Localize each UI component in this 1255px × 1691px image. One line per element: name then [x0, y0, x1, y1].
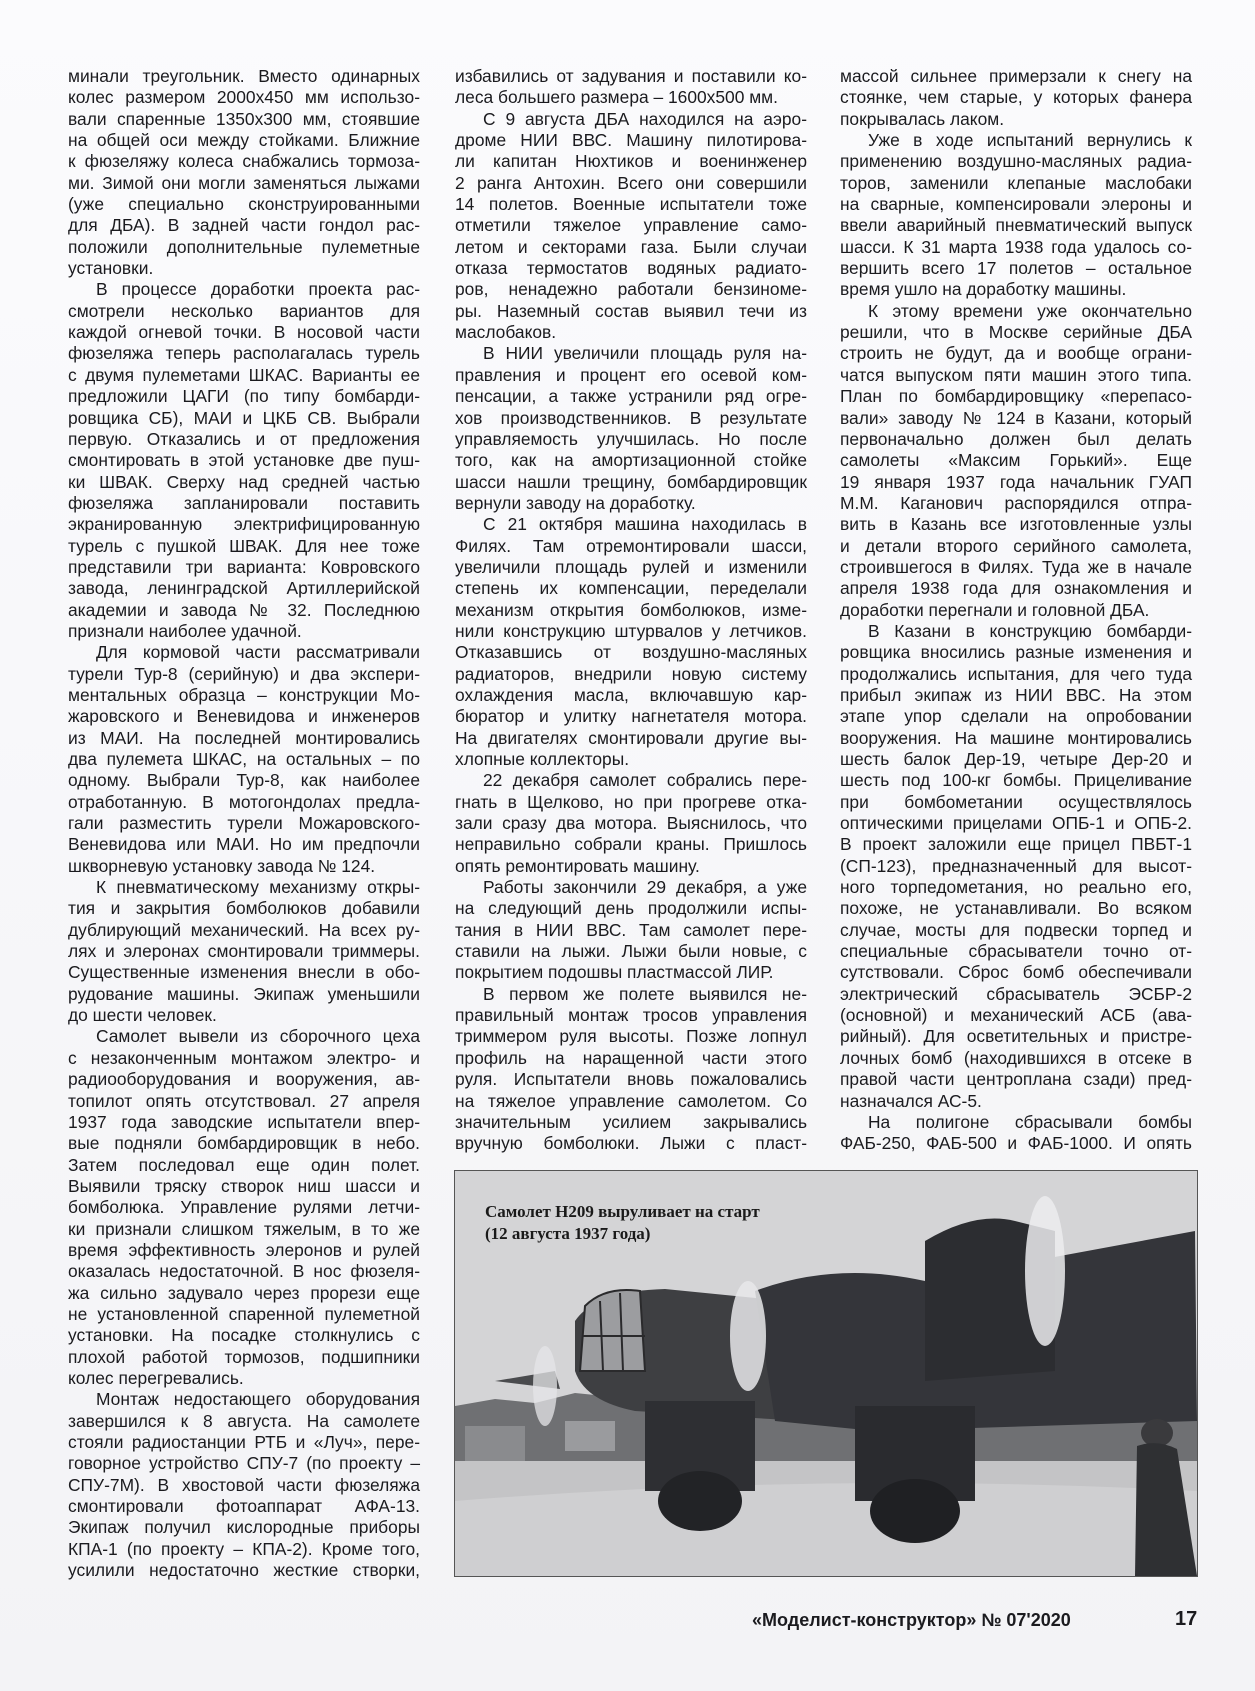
text-line: Веневидова или МАИ. Но им предпочли	[68, 834, 420, 855]
text-line: Для кормовой части рассматривали	[68, 642, 420, 663]
text-line: первоначально должен был делать	[840, 429, 1192, 450]
text-line: похоже, не устанавливали. Во всяком	[840, 898, 1192, 919]
text-line: радиооборудования и вооружения, ав-	[68, 1069, 420, 1090]
text-line: жа сильно задувало через прорези еще	[68, 1283, 420, 1304]
text-line: вручную бомболюки. Лыжи с пласт-	[455, 1133, 807, 1154]
text-line: К пневматическому механизму откры-	[68, 877, 420, 898]
text-line: лях и элеронах смонтировали триммеры.	[68, 941, 420, 962]
text-line: апреля 1938 года для ознакомления и	[840, 578, 1192, 599]
text-line: доработки перегнали и головной ДБА.	[840, 600, 1192, 621]
text-line: массой сильнее примерзали к снегу на	[840, 66, 1192, 87]
text-line: ры. Наземный состав выявил течи из	[455, 301, 807, 322]
text-line: два пулемета ШКАС, на остальных – по	[68, 749, 420, 770]
text-line: строить не будут, да и вообще ограни-	[840, 343, 1192, 364]
text-line: стоянке, чем старые, у которых фанера	[840, 87, 1192, 108]
text-line: летом и секторами газа. Были случаи	[455, 237, 807, 258]
text-line: С 9 августа ДБА находился на аэро-	[455, 109, 807, 130]
text-line: лочных бомб (находившихся в отсеке в	[840, 1048, 1192, 1069]
text-line: этапе упор сделали на опробовании	[840, 706, 1192, 727]
text-line: строившегося в Филях. Туда же в начале	[840, 557, 1192, 578]
text-line: при бомбометании осуществлялось	[840, 792, 1192, 813]
text-line: ки признали слишком тяжелым, в то же	[68, 1219, 420, 1240]
text-line: завершился к 8 августа. На самолете	[68, 1411, 420, 1432]
magazine-footer-title: «Моделист-конструктор» № 07'2020	[752, 1610, 1071, 1631]
magazine-page: минали треугольник. Вместо одинарныхколе…	[0, 0, 1255, 1691]
text-line: тания в НИИ ВВС. Там самолет пере-	[455, 920, 807, 941]
text-line: на общей оси между стойками. Ближние	[68, 130, 420, 151]
text-line: пенсации, а также устранили ряд огре-	[455, 386, 807, 407]
text-line: СПУ-7М). В хвостовой части фюзеляжа	[68, 1475, 420, 1496]
text-line: и детали второго серийного самолета,	[840, 536, 1192, 557]
text-line: дроме НИИ ВВС. Машину пилотирова-	[455, 130, 807, 151]
text-line: экранированную электрифицированную	[68, 514, 420, 535]
text-line: покрытием подошвы пластмассой ЛИР.	[455, 962, 807, 983]
text-line: степень их компенсации, переделали	[455, 578, 807, 599]
text-line: неправильно собрали краны. Пришлось	[455, 834, 807, 855]
text-line: хлопные коллекторы.	[455, 749, 807, 770]
text-line: до шести человек.	[68, 1005, 420, 1026]
text-line: 22 декабря самолет собрались пере-	[455, 770, 807, 791]
text-line: ли капитан Нюхтиков и военинженер	[455, 151, 807, 172]
text-line: ФАБ-250, ФАБ-500 и ФАБ-1000. И опять	[840, 1133, 1192, 1154]
text-line: вить в Казань все изготовленные узлы	[840, 514, 1192, 535]
text-line: ментальных образца – конструкции Мо-	[68, 685, 420, 706]
photo-caption-line-2: (12 августа 1937 года)	[485, 1223, 760, 1245]
text-line: бомболюка. Управление рулями летчи-	[68, 1197, 420, 1218]
text-line: В процессе доработки проекта рас-	[68, 279, 420, 300]
text-line: Филях. Там отремонтировали шасси,	[455, 536, 807, 557]
text-line: (СП-123), предназначенный для высот-	[840, 856, 1192, 877]
text-line: правильный монтаж тросов управления	[455, 1005, 807, 1026]
text-line: маслобаков.	[455, 322, 807, 343]
text-line: время ушло на доработку машины.	[840, 279, 1192, 300]
text-line: вали спаренные 1350х300 мм, стоявшие	[68, 109, 420, 130]
text-line: каждой огневой точки. В носовой части	[68, 322, 420, 343]
text-line: М.М. Каганович распорядился отпра-	[840, 493, 1192, 514]
text-line: колес перегревались.	[68, 1368, 420, 1389]
text-line: для ДБА). В задней части гондол рас-	[68, 215, 420, 236]
text-line: специальные сбрасыватели точно от-	[840, 941, 1192, 962]
text-line: к фюзеляжу колеса снабжались тормоза-	[68, 151, 420, 172]
text-line: вершить всего 17 полетов – остальное	[840, 258, 1192, 279]
text-line: С 21 октября машина находилась в	[455, 514, 807, 535]
text-line: Уже в ходе испытаний вернулись к	[840, 130, 1192, 151]
photo-caption: Самолет Н209 выруливает на старт (12 авг…	[485, 1201, 760, 1245]
text-line: время эффективность элеронов и рулей	[68, 1240, 420, 1261]
text-line: хов производственников. В результате	[455, 408, 807, 429]
text-line: значительным усилием закрывались	[455, 1112, 807, 1133]
text-line: К этому времени уже окончательно	[840, 301, 1192, 322]
text-line: Затем последовал еще один полет.	[68, 1155, 420, 1176]
text-line: представили три варианта: Ковровского	[68, 557, 420, 578]
text-line: на сварные, компенсировали элероны и	[840, 194, 1192, 215]
text-line: решили, что в Москве серийные ДБА	[840, 322, 1192, 343]
text-line: 1937 года заводские испытатели впер-	[68, 1112, 420, 1133]
text-line: правой части центроплана сзади) пред-	[840, 1069, 1192, 1090]
text-line: установки.	[68, 258, 420, 279]
text-line: В первом же полете выявился не-	[455, 984, 807, 1005]
text-line: турели Тур-8 (серийную) и два экспери-	[68, 664, 420, 685]
text-line: сутствовали. Сброс бомб обеспечивали	[840, 962, 1192, 983]
text-line: Существенные изменения внесли в обо-	[68, 962, 420, 983]
text-line: оказалась недостаточной. В нос фюзеля-	[68, 1261, 420, 1282]
text-line: бюратор и улитку нагнетателя мотора.	[455, 706, 807, 727]
text-line: ставили на лыжи. Лыжи были новые, с	[455, 941, 807, 962]
text-line: турель с пушкой ШВАК. Для нее тоже	[68, 536, 420, 557]
text-line: плохой работой тормозов, подшипники	[68, 1347, 420, 1368]
text-line: с двумя пулеметами ШКАС. Варианты ее	[68, 365, 420, 386]
text-line: В проект заложили еще прицел ПВБТ-1	[840, 834, 1192, 855]
page-number: 17	[1175, 1608, 1197, 1631]
text-line: Работы закончили 29 декабря, а уже	[455, 877, 807, 898]
text-line: шасси. К 31 марта 1938 года удалось со-	[840, 237, 1192, 258]
text-line: вали» заводу № 124 в Казани, который	[840, 408, 1192, 429]
text-line: чатся выпуском пяти машин этого типа.	[840, 365, 1192, 386]
text-line: вооружения. На машине монтировались	[840, 728, 1192, 749]
text-line: руля. Испытатели вновь пожаловались	[455, 1069, 807, 1090]
text-line: радиаторов, внедрили новую систему	[455, 664, 807, 685]
text-line: рудование машины. Экипаж уменьшили	[68, 984, 420, 1005]
text-line: нили конструкцию штурвалов у летчиков.	[455, 621, 807, 642]
text-line: гнать в Щелково, но при прогреве отка-	[455, 792, 807, 813]
text-line: торов, заменили клепаные маслобаки	[840, 173, 1192, 194]
text-line: одному. Выбрали Тур-8, как наиболее	[68, 770, 420, 791]
text-line: шкворневую установку завода № 124.	[68, 856, 420, 877]
text-line: Выявили тряску створок ниш шасси и	[68, 1176, 420, 1197]
text-line: 14 полетов. Военные испытатели тоже	[455, 194, 807, 215]
text-line: прибыл экипаж из НИИ ВВС. На этом	[840, 685, 1192, 706]
text-line: триммером руля высоты. Позже лопнул	[455, 1026, 807, 1047]
text-line: колес размером 2000х450 мм использо-	[68, 87, 420, 108]
text-line: самолеты «Максим Горький». Еще	[840, 450, 1192, 471]
text-line: На полигоне сбрасывали бомбы	[840, 1112, 1192, 1133]
text-line: охлаждения масла, включавшую кар-	[455, 685, 807, 706]
text-line: завода, ленинградской Артиллерийской	[68, 578, 420, 599]
text-line: положили дополнительные пулеметные	[68, 237, 420, 258]
text-line: управляемость улучшилась. Но после	[455, 429, 807, 450]
text-line: шасси нашли трещину, бомбардировщик	[455, 472, 807, 493]
text-line: (основной) и механический АСБ (ава-	[840, 1005, 1192, 1026]
text-line: покрывалась лаком.	[840, 109, 1192, 130]
text-line: оптическими прицелами ОПБ-1 и ОПБ-2.	[840, 813, 1192, 834]
text-line: стояли радиостанции РТБ и «Луч», пере-	[68, 1432, 420, 1453]
text-line: топилот опять отсутствовал. 27 апреля	[68, 1091, 420, 1112]
text-line: отработанную. В мотогондолах предла-	[68, 792, 420, 813]
text-line: усилили недостаточно жесткие створки,	[68, 1560, 420, 1581]
text-line: из МАИ. На последней монтировались	[68, 728, 420, 749]
text-line: опять ремонтировать машину.	[455, 856, 807, 877]
text-line: фюзеляжа запланировали поставить	[68, 493, 420, 514]
text-line: КПА-1 (по проекту – КПА-2). Кроме того,	[68, 1539, 420, 1560]
text-line: того, как на амортизационной стойке	[455, 450, 807, 471]
text-line: Самолет вывели из сборочного цеха	[68, 1026, 420, 1047]
text-line: назначался АС-5.	[840, 1091, 1192, 1112]
text-line: признали наиболее удачной.	[68, 621, 420, 642]
article-column-2: избавились от задувания и поставили ко-л…	[455, 66, 807, 1155]
text-line: 19 января 1937 года начальник ГУАП	[840, 472, 1192, 493]
text-line: предложили ЦАГИ (по типу бомбарди-	[68, 386, 420, 407]
text-line: тия и закрытия бомболюков добавили	[68, 898, 420, 919]
text-line: В НИИ увеличили площадь руля на-	[455, 343, 807, 364]
text-line: с незаконченным монтажом электро- и	[68, 1048, 420, 1069]
text-line: ми. Зимой они могли заменяться лыжами	[68, 173, 420, 194]
text-line: зали сразу два мотора. Выяснилось, что	[455, 813, 807, 834]
article-column-3: массой сильнее примерзали к снегу настоя…	[840, 66, 1192, 1155]
text-line: ровщика вносились разные изменения и	[840, 642, 1192, 663]
text-line: механизм открытия бомболюков, изме-	[455, 600, 807, 621]
text-line: Экипаж получил кислородные приборы	[68, 1517, 420, 1538]
text-line: шесть под 100-кг бомбы. Прицеливание	[840, 770, 1192, 791]
text-line: леса большего размера – 1600х500 мм.	[455, 87, 807, 108]
text-line: на тяжелое управление самолетом. Со	[455, 1091, 807, 1112]
text-line: дублирующий механический. На всех ру-	[68, 920, 420, 941]
text-line: На двигателях смонтировали другие вы-	[455, 728, 807, 749]
text-line: Монтаж недостающего оборудования	[68, 1389, 420, 1410]
text-line: шесть балок Дер-19, четыре Дер-20 и	[840, 749, 1192, 770]
text-line: избавились от задувания и поставили ко-	[455, 66, 807, 87]
text-line: 2 ранга Антохин. Всего они совершили	[455, 173, 807, 194]
text-line: установки. На посадке столкнулись с	[68, 1325, 420, 1346]
text-line: отметили тяжелое управление само-	[455, 215, 807, 236]
text-line: смонтировать в этой установке две пуш-	[68, 450, 420, 471]
text-line: Отказавшись от воздушно-масляных	[455, 642, 807, 663]
text-line: увеличили площадь рулей и изменили	[455, 557, 807, 578]
text-line: применению воздушно-масляных радиа-	[840, 151, 1192, 172]
text-line: смонтировали фотоаппарат АФА-13.	[68, 1496, 420, 1517]
text-line: вернули заводу на доработку.	[455, 493, 807, 514]
text-line: План по бомбардировщику «перепасо-	[840, 386, 1192, 407]
article-column-1: минали треугольник. Вместо одинарныхколе…	[68, 66, 420, 1581]
text-line: правления и процент его осевой ком-	[455, 365, 807, 386]
text-line: смотрели несколько вариантов для	[68, 301, 420, 322]
text-line: случае, мосты для подвески торпед и	[840, 920, 1192, 941]
photo-caption-line-1: Самолет Н209 выруливает на старт	[485, 1201, 760, 1223]
text-line: рийный). Для осветительных и пристре-	[840, 1026, 1192, 1047]
text-line: отказа термостатов водяных радиато-	[455, 258, 807, 279]
text-line: В Казани в конструкцию бомбарди-	[840, 621, 1192, 642]
text-line: электрический сбрасыватель ЭСБР-2	[840, 984, 1192, 1005]
text-line: фюзеляжа теперь располагалась турель	[68, 343, 420, 364]
text-line: первую. Отказались и от предложения	[68, 429, 420, 450]
text-line: ного торпедометания, но реально его,	[840, 877, 1192, 898]
text-line: гали разместить турели Можаровского-	[68, 813, 420, 834]
text-line: на следующий день продолжили испы-	[455, 898, 807, 919]
text-line: вые подняли бомбардировщик в небо.	[68, 1133, 420, 1154]
text-line: академии и завода № 32. Последнюю	[68, 600, 420, 621]
text-line: жаровского и Веневидова и инженеров	[68, 706, 420, 727]
text-line: минали треугольник. Вместо одинарных	[68, 66, 420, 87]
text-line: ров, ненадежно работали бензиноме-	[455, 279, 807, 300]
text-line: не установленной спаренной пулеметной	[68, 1304, 420, 1325]
text-line: говорное устройство СПУ-7 (по проекту –	[68, 1453, 420, 1474]
text-line: профиль на наращенной части этого	[455, 1048, 807, 1069]
text-line: продолжались испытания, для чего туда	[840, 664, 1192, 685]
text-line: ввели аварийный пневматический выпуск	[840, 215, 1192, 236]
text-line: ровщика СБ), МАИ и ЦКБ СВ. Выбрали	[68, 408, 420, 429]
text-line: ки ШВАК. Сверху над средней частью	[68, 472, 420, 493]
text-line: (уже специально сконструированными	[68, 194, 420, 215]
aircraft-photo: Самолет Н209 выруливает на старт (12 авг…	[454, 1170, 1198, 1577]
